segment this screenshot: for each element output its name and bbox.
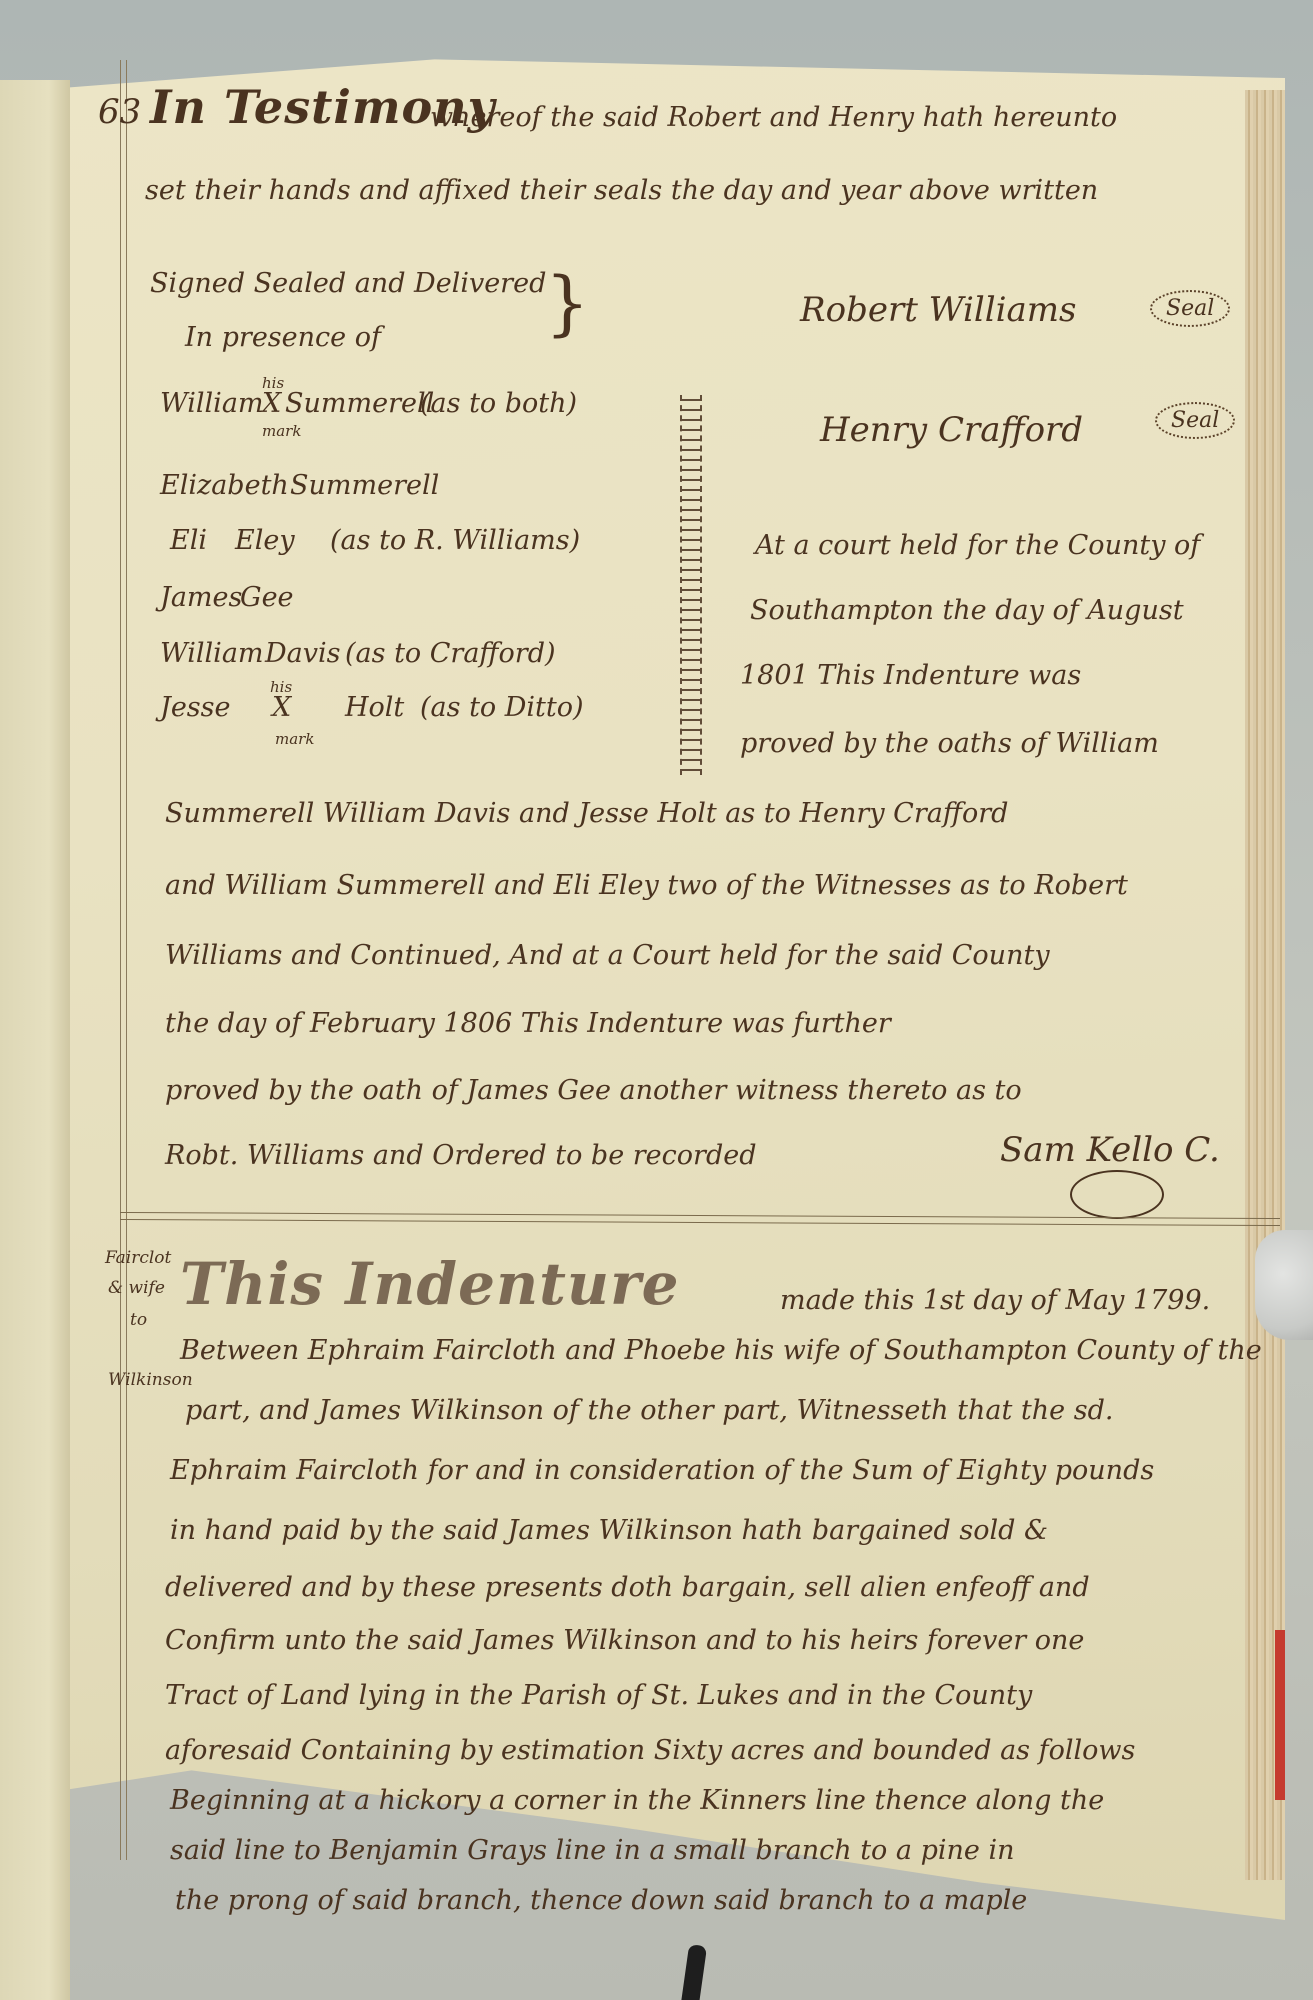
- witness-first: Jesse: [160, 692, 231, 723]
- witness-first: William: [160, 638, 264, 669]
- margin-note-3: to: [130, 1310, 147, 1330]
- page-number: 63: [98, 92, 141, 132]
- deed-line-6: Confirm unto the said James Wilkinson an…: [165, 1625, 1084, 1656]
- court-line-8: the day of February 1806 This Indenture …: [165, 1008, 891, 1039]
- witness-last: Gee: [240, 582, 294, 613]
- court-line-3: 1801 This Indenture was: [740, 660, 1081, 691]
- witness-header-2: In presence of: [185, 322, 381, 353]
- witness-mark-below: mark: [262, 422, 301, 440]
- seal-stamp-1: Seal: [1150, 290, 1230, 327]
- deed-line-8: aforesaid Containing by estimation Sixty…: [165, 1735, 1135, 1766]
- deed-line-4: in hand paid by the said James Wilkinson…: [170, 1515, 1048, 1546]
- signature-robert-williams: Robert Williams: [800, 290, 1076, 330]
- deed-line-3: Ephraim Faircloth for and in considerati…: [170, 1455, 1154, 1486]
- testimony-line-2: set their hands and affixed their seals …: [145, 175, 1098, 206]
- witness-note: (as to Crafford): [345, 638, 556, 669]
- signature-henry-crafford: Henry Crafford: [820, 410, 1083, 450]
- deed-line-5: delivered and by these presents doth bar…: [165, 1572, 1090, 1603]
- deed-line-10: said line to Benjamin Grays line in a sm…: [170, 1835, 1014, 1866]
- court-line-6: and William Summerell and Eli Eley two o…: [165, 870, 1128, 901]
- deed-line-2: part, and James Wilkinson of the other p…: [185, 1395, 1113, 1426]
- seal-stamp-2: Seal: [1155, 402, 1235, 439]
- page-fore-edge: [1245, 90, 1285, 1880]
- court-line-9: proved by the oath of James Gee another …: [165, 1075, 1022, 1106]
- margin-note-1: Fairclot: [105, 1248, 171, 1268]
- witness-last: Holt: [345, 692, 404, 723]
- brace-icon: }: [545, 262, 590, 344]
- witness-last: Summerell: [290, 470, 439, 501]
- witness-first: James: [160, 582, 242, 613]
- witness-first: Eli: [170, 525, 207, 556]
- margin-note-2: & wife: [108, 1278, 165, 1298]
- witness-mark-below: mark: [275, 730, 314, 748]
- court-line-5: Summerell William Davis and Jesse Holt a…: [165, 798, 1008, 829]
- margin-rule-left-2: [126, 60, 127, 1860]
- witness-last: Davis: [265, 638, 341, 669]
- court-line-10: Robt. Williams and Ordered to be recorde…: [165, 1140, 757, 1171]
- gloved-thumb: [1255, 1230, 1313, 1340]
- witness-mark: X: [262, 388, 281, 419]
- witness-first: William: [160, 388, 264, 419]
- witness-note: (as to Ditto): [420, 692, 584, 723]
- indenture-heading: This Indenture: [180, 1250, 680, 1318]
- witness-last: Eley: [235, 525, 295, 556]
- witness-note: (as to both): [420, 388, 577, 419]
- indenture-heading-tail: made this 1st day of May 1799.: [780, 1285, 1210, 1316]
- clerk-signature: Sam Kello C.: [1000, 1130, 1220, 1170]
- deed-line-7: Tract of Land lying in the Parish of St.…: [165, 1680, 1032, 1711]
- red-page-edge: [1275, 1630, 1285, 1800]
- deed-line-11: the prong of said branch, thence down sa…: [175, 1885, 1027, 1916]
- court-line-4: proved by the oaths of William: [740, 728, 1159, 759]
- deed-line-9: Beginning at a hickory a corner in the K…: [170, 1785, 1104, 1816]
- court-line-7: Williams and Continued, And at a Court h…: [165, 940, 1050, 971]
- witness-first: Elizabeth: [160, 470, 289, 501]
- witness-header-1: Signed Sealed and Delivered: [150, 268, 546, 299]
- court-line-1: At a court held for the County of: [755, 530, 1200, 561]
- deed-line-1: Between Ephraim Faircloth and Phoebe his…: [180, 1335, 1262, 1366]
- witness-note: (as to R. Williams): [330, 525, 580, 556]
- left-facing-page: [0, 80, 70, 2000]
- witness-mark: X: [272, 692, 291, 723]
- margin-rule-left: [120, 60, 121, 1860]
- margin-note-4: Wilkinson: [108, 1370, 193, 1390]
- court-line-2: Southampton the day of August: [750, 595, 1184, 626]
- testimony-line-1: whereof the said Robert and Henry hath h…: [430, 102, 1117, 133]
- witness-last: Summerell: [285, 388, 434, 419]
- seal-squiggle-flourish: [680, 395, 702, 775]
- signature-flourish: [1070, 1170, 1164, 1219]
